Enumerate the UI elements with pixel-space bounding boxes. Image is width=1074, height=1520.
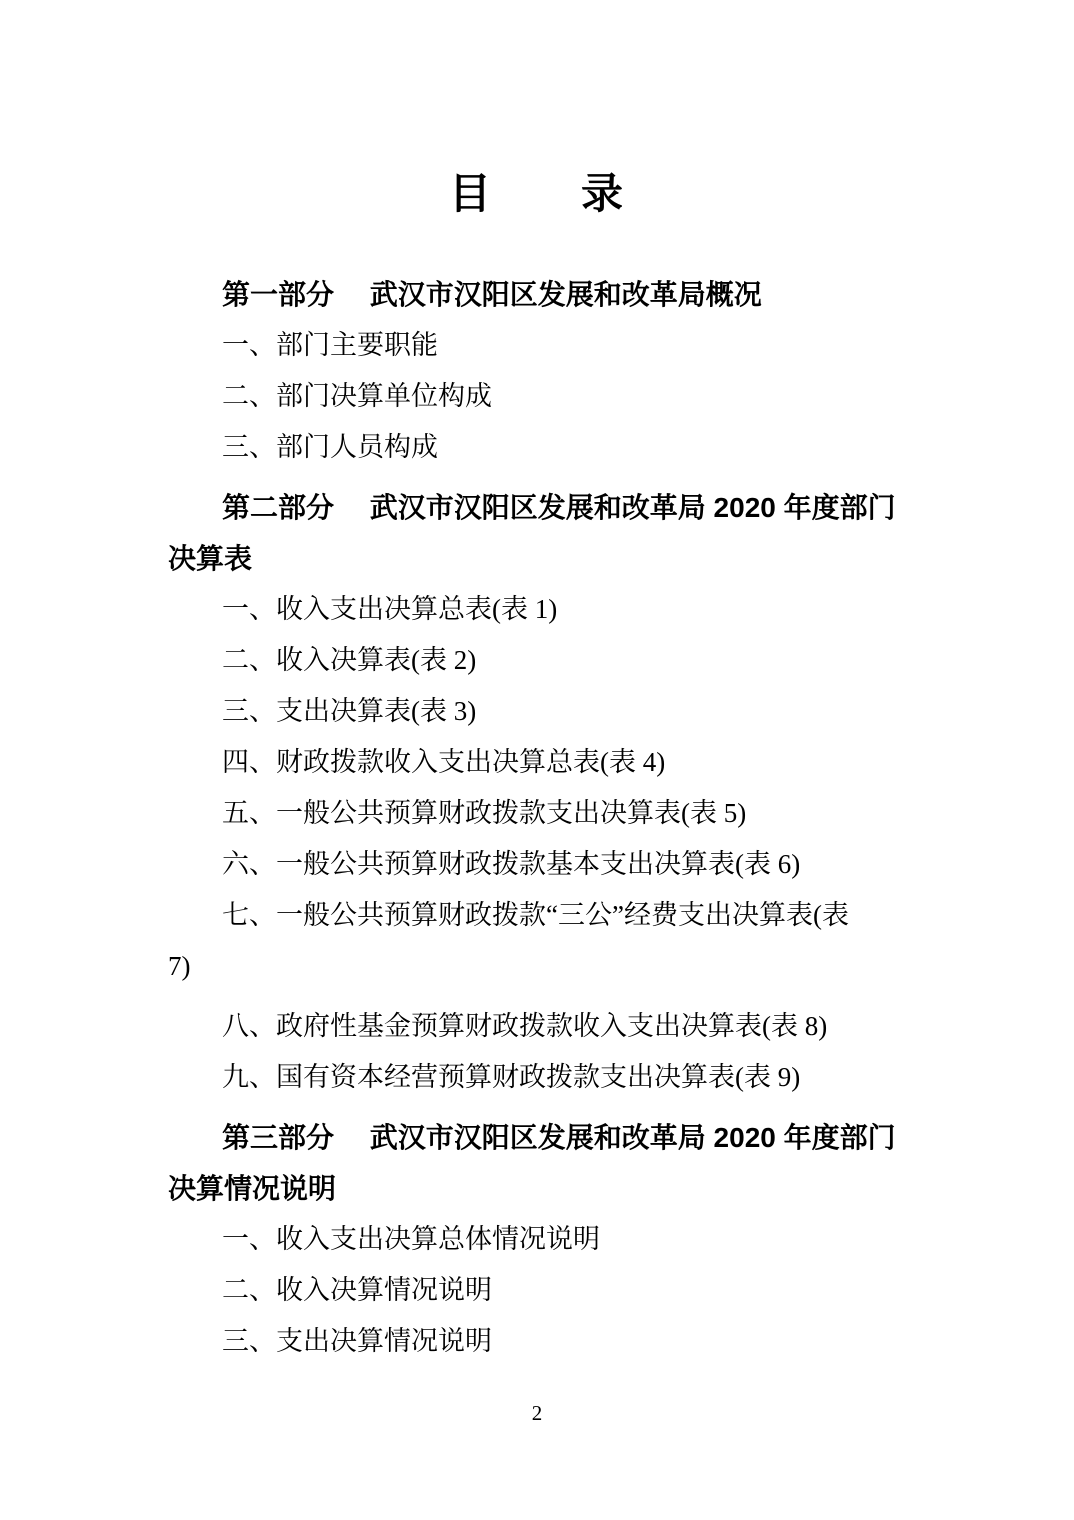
toc-entry: 二、收入决算表(表 2) [168,635,913,686]
toc-entry: 二、收入决算情况说明 [168,1265,913,1316]
toc-section-heading: 第二部分 武汉市汉阳区发展和改革局 2020 年度部门 [168,482,913,533]
toc-entry: 一、部门主要职能 [168,320,913,371]
toc-entry: 五、一般公共预算财政拨款支出决算表(表 5) [168,788,913,839]
page-number: 2 [0,1400,1074,1426]
toc-section-heading: 第一部分 武汉市汉阳区发展和改革局概况 [168,269,913,320]
toc-entry: 九、国有资本经营预算财政拨款支出决算表(表 9) [168,1052,913,1103]
toc-entry: 三、支出决算表(表 3) [168,686,913,737]
toc-entry: 三、部门人员构成 [168,422,913,473]
toc-section-heading: 决算表 [168,533,913,584]
toc-entry: 七、一般公共预算财政拨款“三公”经费支出决算表(表 [168,890,913,941]
toc-entry: 四、财政拨款收入支出决算总表(表 4) [168,737,913,788]
toc-entry: 7) [168,941,913,992]
toc-section-heading: 第三部分 武汉市汉阳区发展和改革局 2020 年度部门 [168,1112,913,1163]
document-page: 目 录 第一部分 武汉市汉阳区发展和改革局概况一、部门主要职能二、部门决算单位构… [0,0,1074,1520]
toc-entry: 二、部门决算单位构成 [168,371,913,422]
toc-entry: 一、收入支出决算总表(表 1) [168,584,913,635]
toc-entry: 一、收入支出决算总体情况说明 [168,1214,913,1265]
toc-entry: 八、政府性基金预算财政拨款收入支出决算表(表 8) [168,1001,913,1052]
toc-list: 第一部分 武汉市汉阳区发展和改革局概况一、部门主要职能二、部门决算单位构成三、部… [168,269,913,1367]
toc-entry: 三、支出决算情况说明 [168,1316,913,1367]
page-title: 目 录 [0,170,1074,218]
toc-entry: 六、一般公共预算财政拨款基本支出决算表(表 6) [168,839,913,890]
toc-section-heading: 决算情况说明 [168,1163,913,1214]
